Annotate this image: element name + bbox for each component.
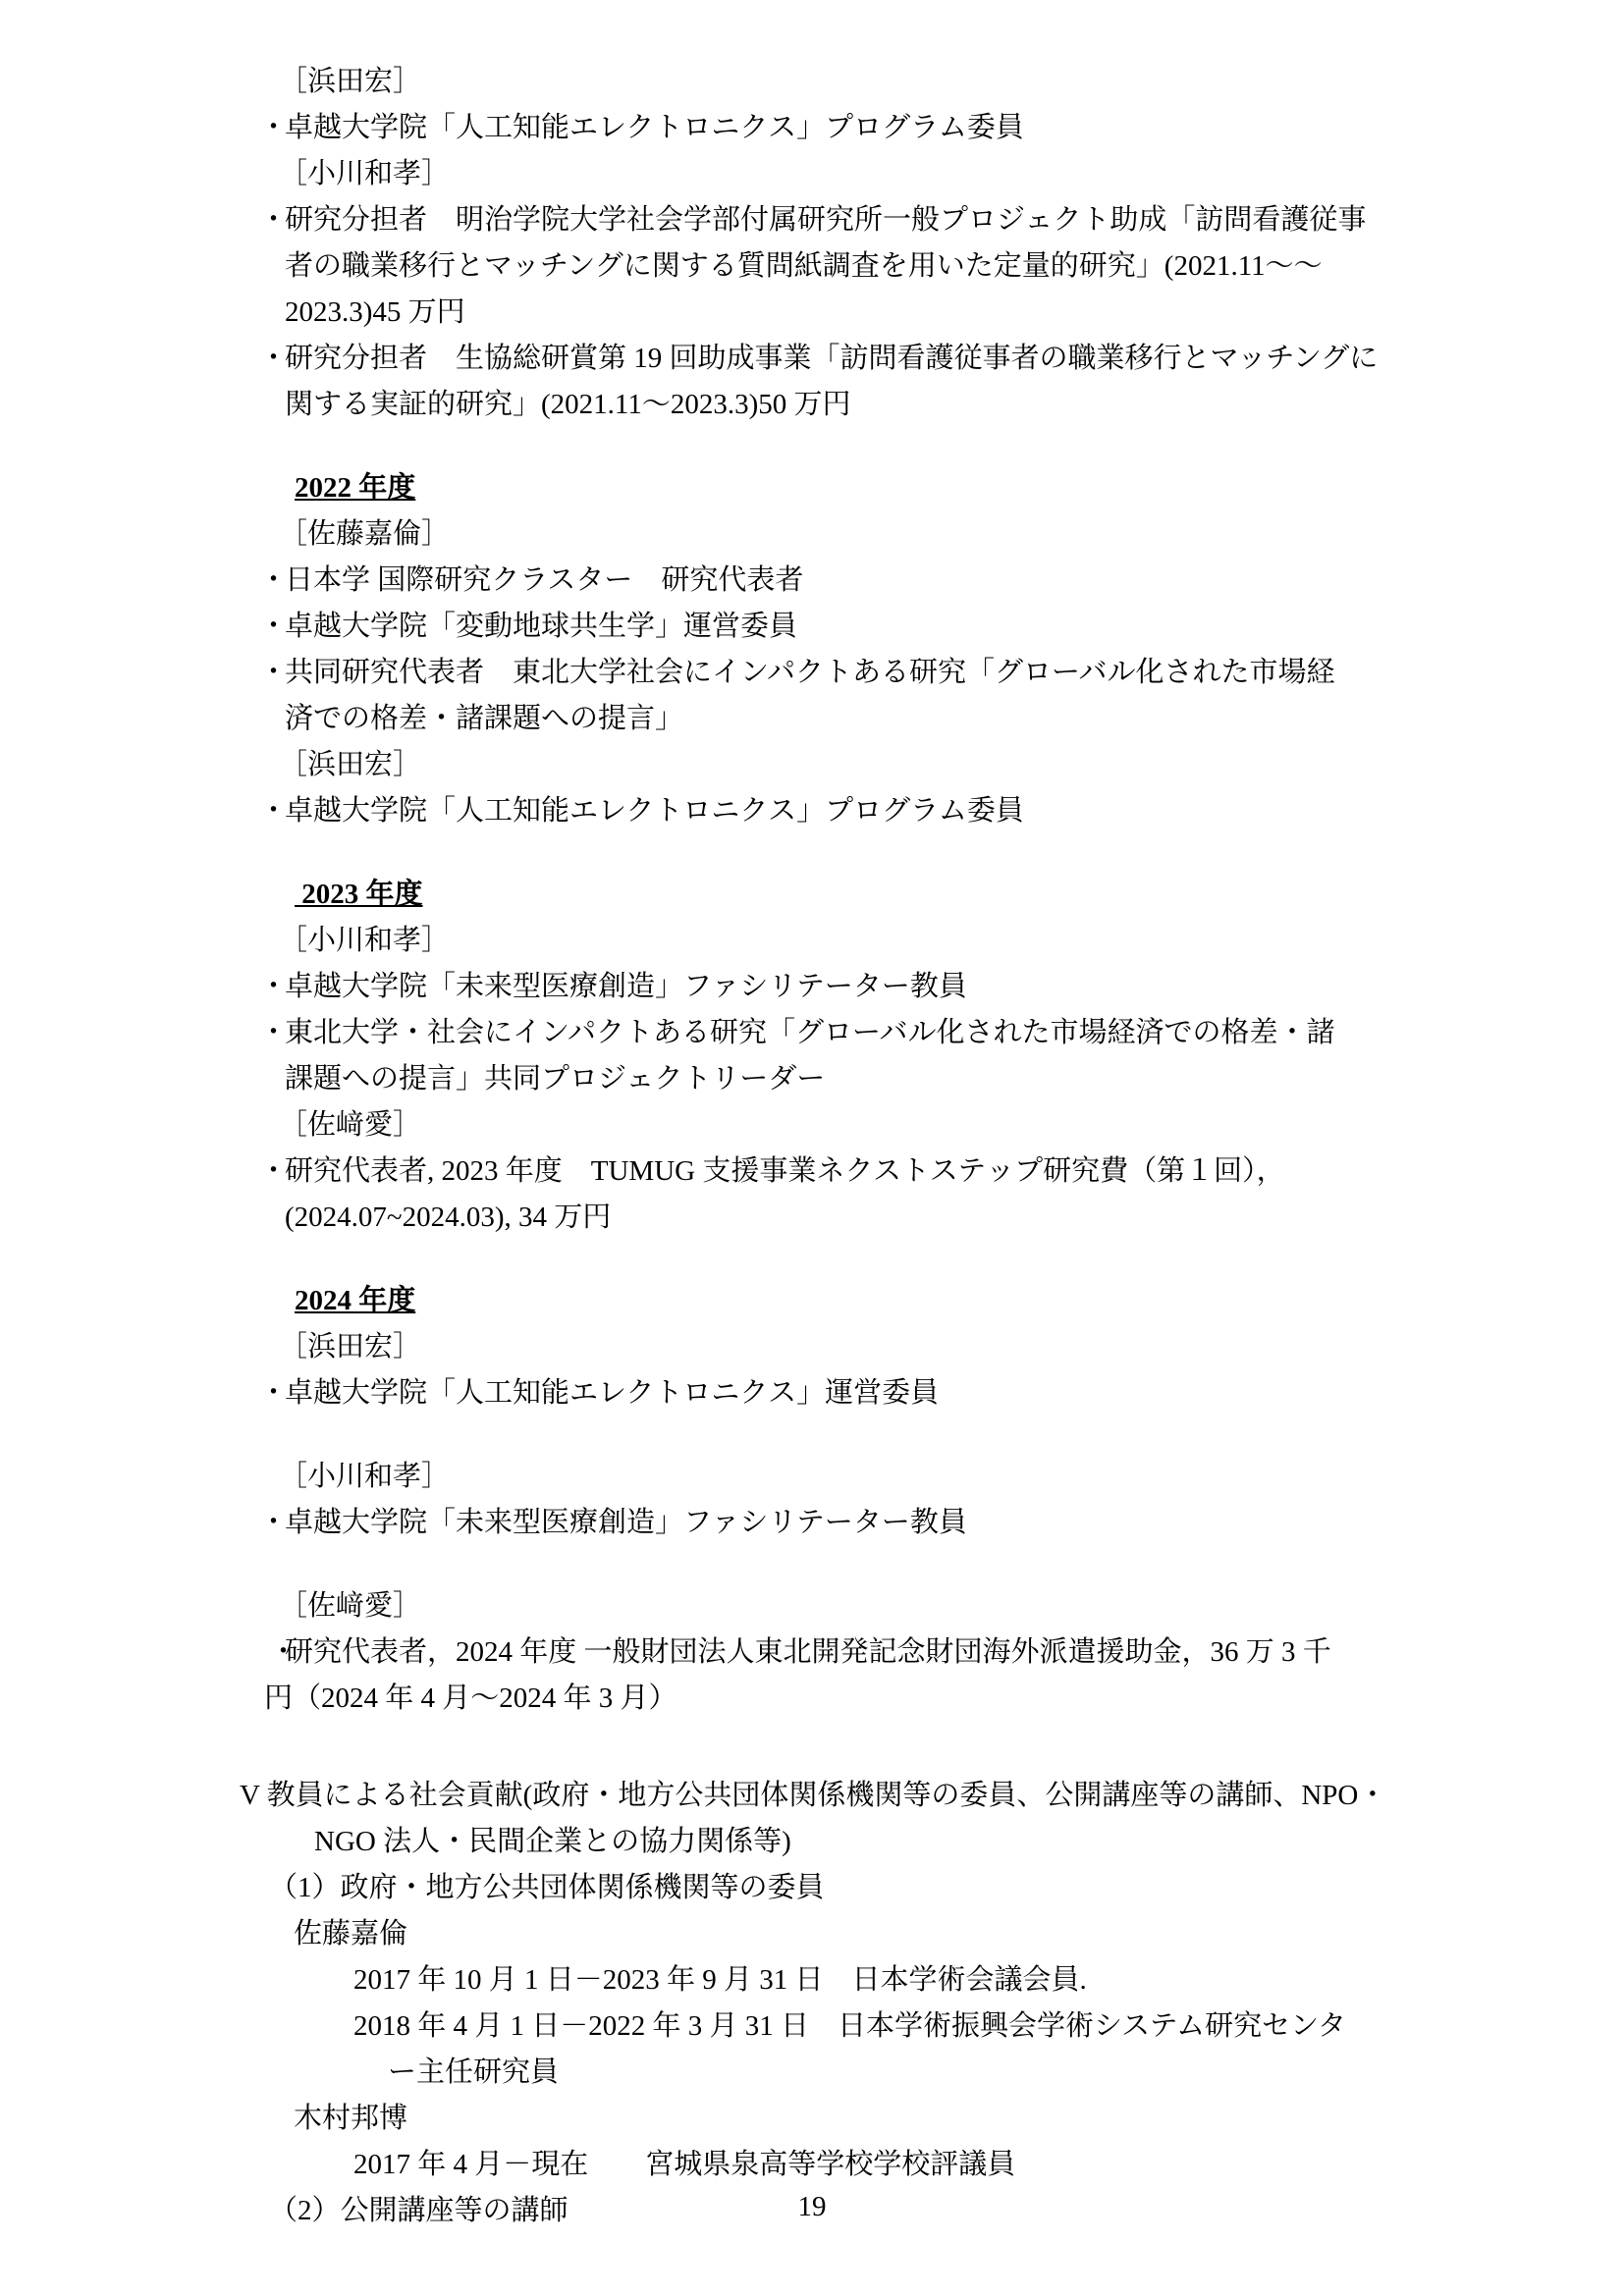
- bullet-item-text: 共同研究代表者 東北大学社会にインパクトある研究「グローバル化された市場経: [285, 657, 1335, 688]
- bullet-icon: ・: [259, 336, 285, 382]
- bullet-item-text: 卓越大学院「人工知能エレクトロニクス」運営委員: [285, 1377, 939, 1409]
- activity-bullet-item: ・研究分担者 明治学院大学社会学部付属研究所一般プロジェクト助成「訪問看護従事: [259, 197, 1506, 243]
- researcher-name-line: ［浜田宏］: [279, 59, 1506, 105]
- activity-continuation-line: 2023.3)45 万円: [285, 290, 1506, 336]
- bullet-item-text: 卓越大学院「未来型医療創造」ファシリテーター教員: [285, 1507, 967, 1538]
- blank-line: [240, 1416, 1506, 1454]
- bullet-item-text: 研究代表者, 2023 年度 TUMUG 支援事業ネクストステップ研究費（第１回…: [285, 1155, 1285, 1187]
- activity-bullet-item: ・卓越大学院「未来型医療創造」ファシリテーター教員: [259, 964, 1506, 1010]
- bullet-icon: ・: [259, 1010, 285, 1056]
- bullet-icon: ・: [259, 964, 285, 1010]
- document-page: ［浜田宏］・卓越大学院「人工知能エレクトロニクス」プログラム委員［小川和孝］・研…: [0, 0, 1624, 2296]
- researcher-name-line: ［小川和孝］: [279, 1454, 1506, 1500]
- person-name-line: 木村邦博: [294, 2096, 1506, 2142]
- blank-line: [240, 1722, 1506, 1773]
- blank-line: [240, 1546, 1506, 1583]
- researcher-name-line: ［佐﨑愛］: [279, 1583, 1506, 1629]
- tenure-line: 2018 年 4 月 1 日－2022 年 3 月 31 日 日本学術振興会学術…: [353, 2003, 1506, 2050]
- activity-bullet-item: ・研究分担者 生協総研賞第 19 回助成事業「訪問看護従事者の職業移行とマッチン…: [259, 336, 1506, 382]
- bullet-icon: ・: [259, 650, 285, 696]
- activity-bullet-item: ・共同研究代表者 東北大学社会にインパクトある研究「グローバル化された市場経: [259, 650, 1506, 696]
- activity-bullet-item: ・卓越大学院「人工知能エレクトロニクス」運営委員: [259, 1370, 1506, 1416]
- activity-bullet-item: ・研究代表者, 2023 年度 TUMUG 支援事業ネクストステップ研究費（第１…: [259, 1148, 1506, 1195]
- bullet-icon: ・: [259, 558, 285, 604]
- blank-line: [240, 428, 1506, 465]
- bullet-item-text: 卓越大学院「変動地球共生学」運営委員: [285, 611, 797, 642]
- bullet-icon: ・: [259, 604, 285, 650]
- activity-continuation-line: 課題への提言」共同プロジェクトリーダー: [285, 1056, 1506, 1102]
- bullet-icon: ・: [259, 197, 285, 243]
- researcher-name-line: ［小川和孝］: [279, 151, 1506, 197]
- section-v-heading-continuation: NGO 法人・民間企業との協力関係等): [314, 1819, 1506, 1865]
- bullet-icon: ・: [259, 1500, 285, 1546]
- activity-bullet-item: ・卓越大学院「人工知能エレクトロニクス」プログラム委員: [259, 788, 1506, 834]
- researcher-name-line: ［佐藤嘉倫］: [279, 511, 1506, 558]
- blank-line: [240, 834, 1506, 872]
- section-v-heading: V 教員による社会貢献(政府・地方公共団体関係機関等の委員、公開講座等の講師、N…: [240, 1773, 1506, 1819]
- tenure-line: 2017 年 4 月－現在 宮城県泉高等学校学校評議員: [353, 2142, 1506, 2188]
- person-name-line: 佐藤嘉倫: [294, 1911, 1506, 1957]
- researcher-name-line: ［小川和孝］: [279, 918, 1506, 964]
- activity-bullet-item: ・卓越大学院「変動地球共生学」運営委員: [259, 604, 1506, 650]
- bullet-item-text: 研究分担者 生協総研賞第 19 回助成事業「訪問看護従事者の職業移行とマッチング…: [285, 343, 1378, 374]
- activity-continuation-line: 関する実証的研究」(2021.11～2023.3)50 万円: [285, 382, 1506, 428]
- bullet-icon: ・: [259, 1370, 285, 1416]
- fiscal-year-heading: 2023 年度: [295, 872, 1506, 918]
- activity-continuation-line: 円（2024 年 4 月～2024 年 3 月）: [264, 1676, 1506, 1722]
- activity-continuation-line: 者の職業移行とマッチングに関する質問紙調査を用いた定量的研究」(2021.11～…: [285, 243, 1506, 290]
- activity-bullet-item: ・研究代表者，2024 年度 一般財団法人東北開発記念財団海外派遣援助金，36 …: [269, 1629, 1506, 1676]
- bullet-icon: ・: [259, 1148, 285, 1195]
- researcher-name-line: ［浜田宏］: [279, 742, 1506, 788]
- bullet-icon: ・: [259, 105, 285, 151]
- blank-line: [240, 1241, 1506, 1278]
- bullet-item-text: 研究代表者，2024 年度 一般財団法人東北開発記念財団海外派遣援助金，36 万…: [285, 1636, 1331, 1668]
- bullet-item-text: 日本学 国際研究クラスター 研究代表者: [285, 564, 803, 596]
- fiscal-year-heading: 2024 年度: [295, 1278, 1506, 1324]
- tenure-line: 2017 年 10 月 1 日－2023 年 9 月 31 日 日本学術会議会員…: [353, 1957, 1506, 2003]
- activity-bullet-item: ・東北大学・社会にインパクトある研究「グローバル化された市場経済での格差・諸: [259, 1010, 1506, 1056]
- activity-bullet-item: ・日本学 国際研究クラスター 研究代表者: [259, 558, 1506, 604]
- tenure-continuation-line: ー主任研究員: [388, 2050, 1506, 2096]
- activity-bullet-item: ・卓越大学院「人工知能エレクトロニクス」プログラム委員: [259, 105, 1506, 151]
- bullet-item-text: 卓越大学院「人工知能エレクトロニクス」プログラム委員: [285, 795, 1024, 827]
- subsection-heading: （1）政府・地方公共団体関係機関等の委員: [269, 1865, 1506, 1911]
- activity-bullet-item: ・卓越大学院「未来型医療創造」ファシリテーター教員: [259, 1500, 1506, 1546]
- bullet-icon: ・: [269, 1629, 285, 1676]
- document-body: ［浜田宏］・卓越大学院「人工知能エレクトロニクス」プログラム委員［小川和孝］・研…: [0, 59, 1624, 2234]
- bullet-icon: ・: [259, 788, 285, 834]
- page-number: 19: [0, 2184, 1624, 2230]
- bullet-item-text: 研究分担者 明治学院大学社会学部付属研究所一般プロジェクト助成「訪問看護従事: [285, 204, 1366, 236]
- fiscal-year-heading: 2022 年度: [295, 465, 1506, 511]
- bullet-item-text: 卓越大学院「人工知能エレクトロニクス」プログラム委員: [285, 112, 1024, 143]
- bullet-item-text: 東北大学・社会にインパクトある研究「グローバル化された市場経済での格差・諸: [285, 1017, 1335, 1048]
- bullet-item-text: 卓越大学院「未来型医療創造」ファシリテーター教員: [285, 971, 967, 1002]
- researcher-name-line: ［佐﨑愛］: [279, 1102, 1506, 1148]
- activity-continuation-line: (2024.07~2024.03), 34 万円: [285, 1195, 1506, 1241]
- activity-continuation-line: 済での格差・諸課題への提言」: [285, 696, 1506, 742]
- researcher-name-line: ［浜田宏］: [279, 1324, 1506, 1370]
